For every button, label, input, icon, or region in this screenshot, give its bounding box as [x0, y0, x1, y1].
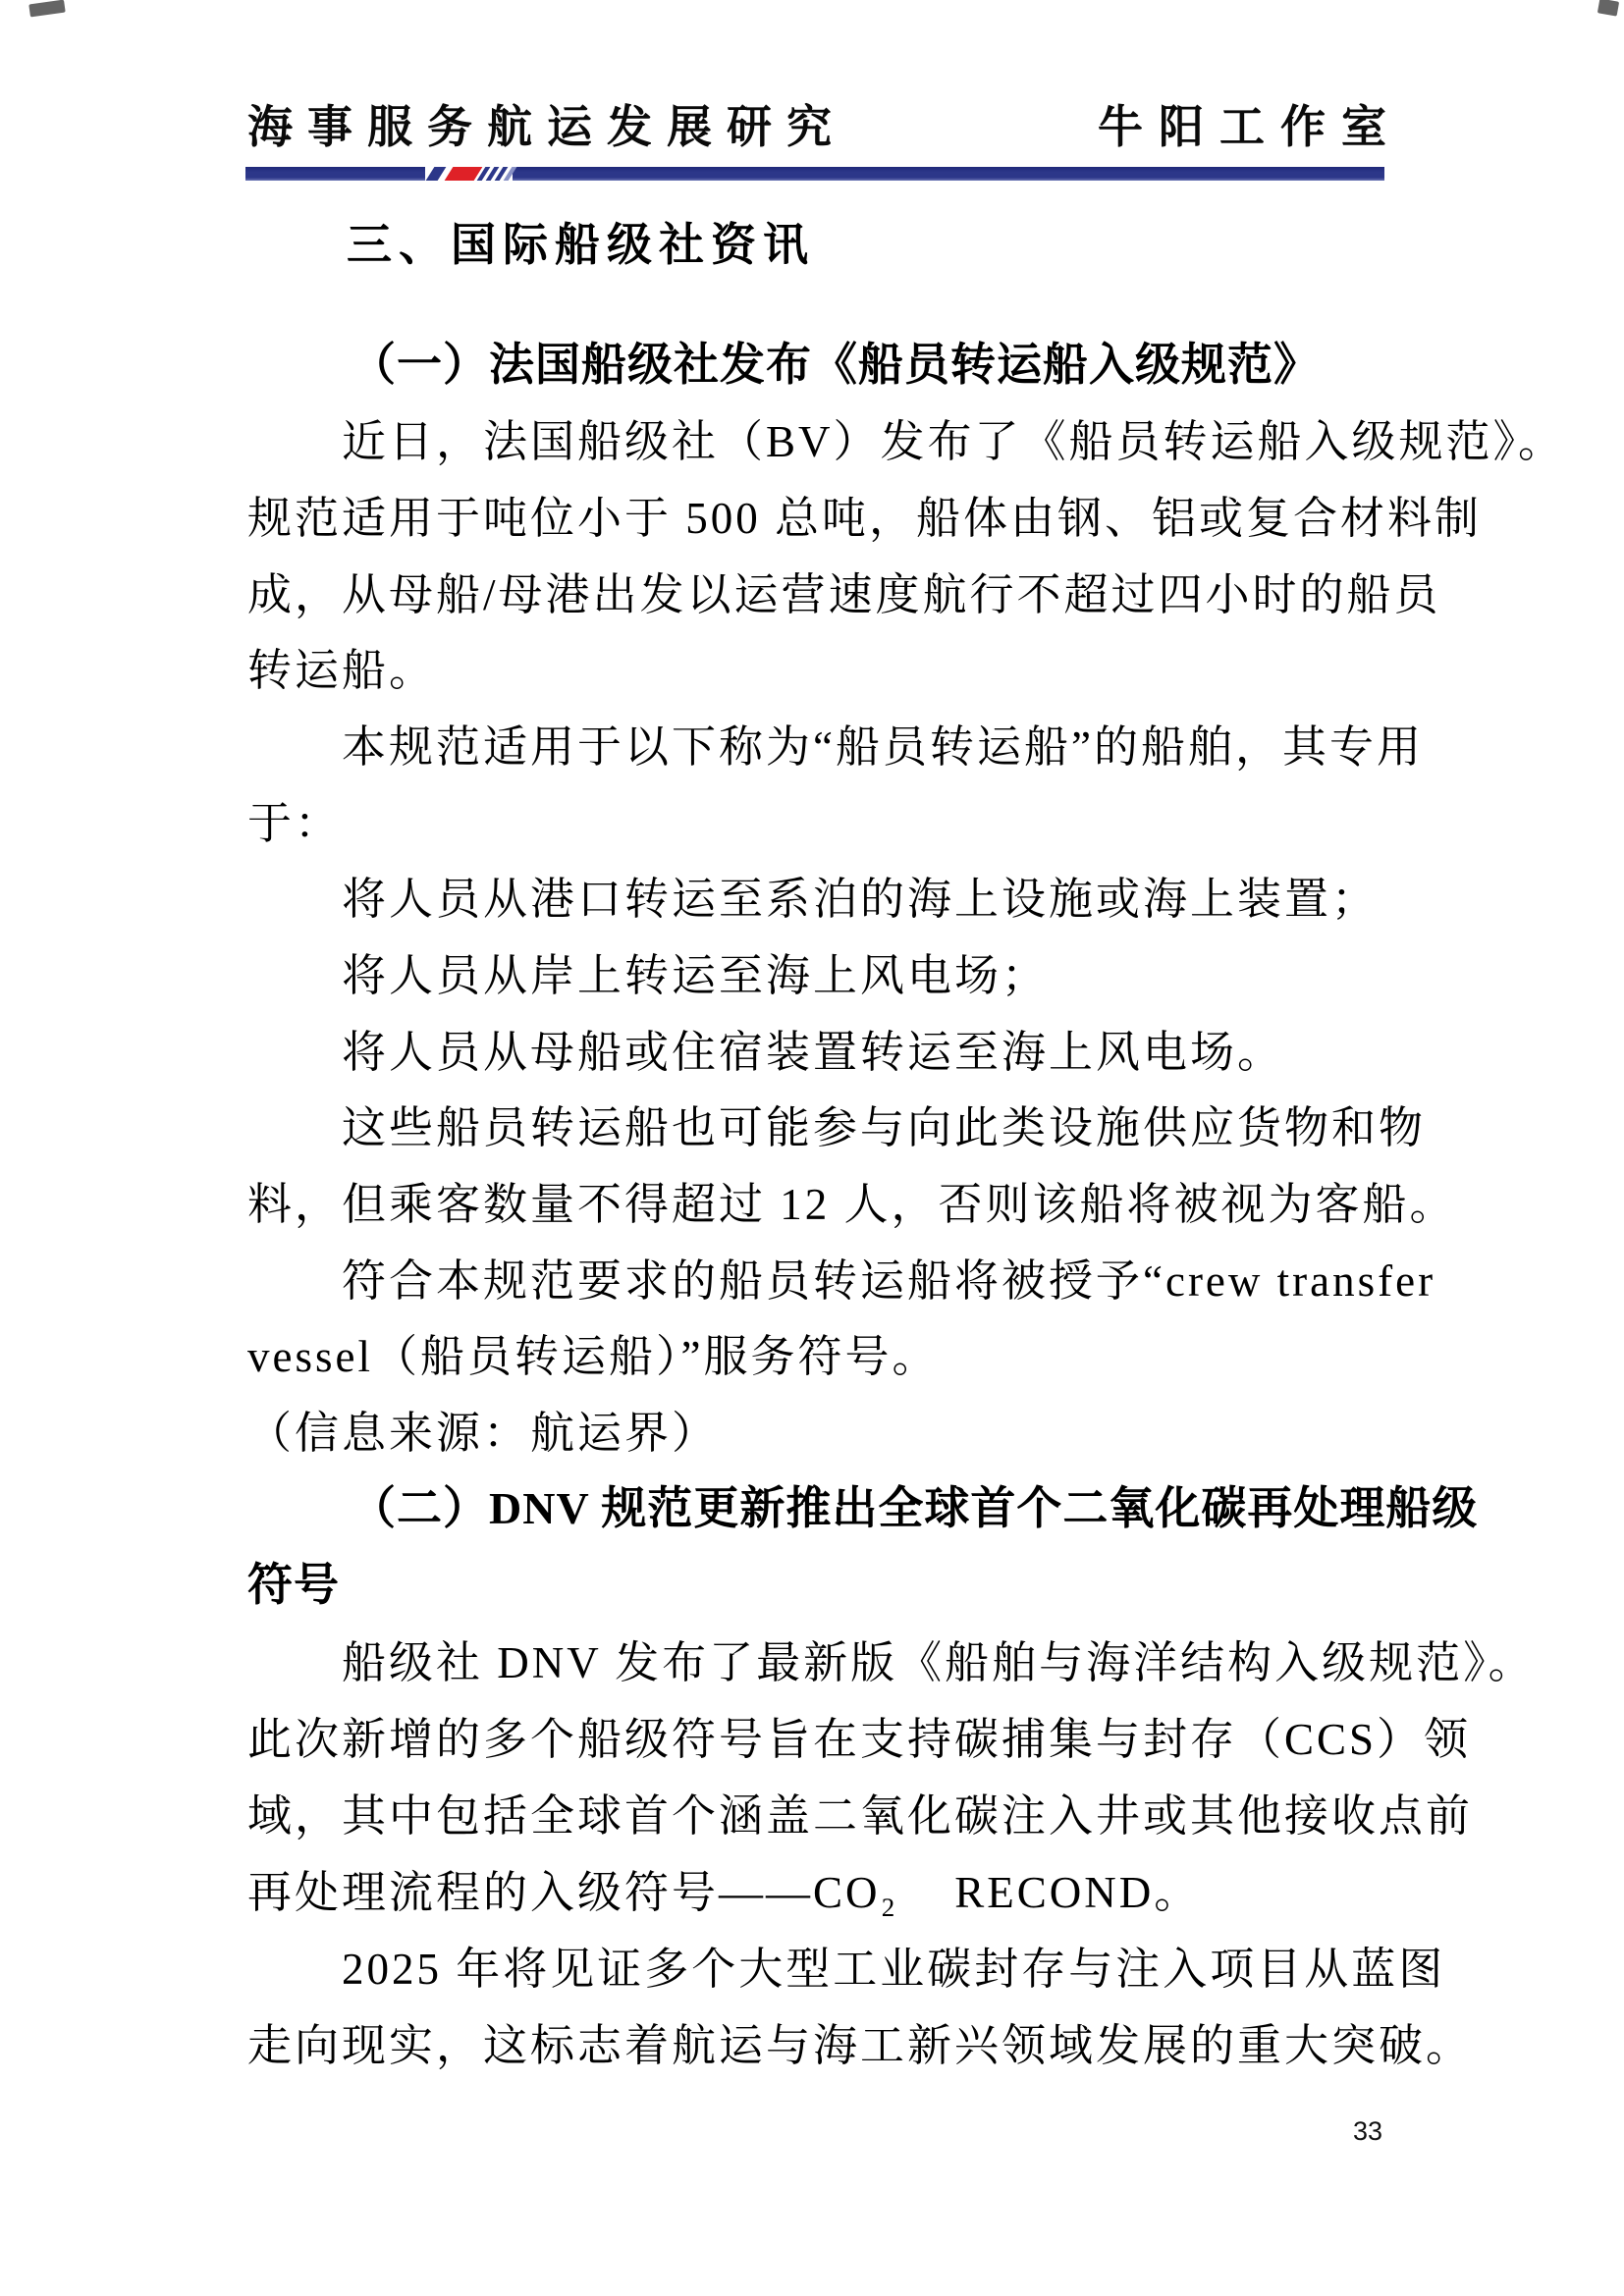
scan-artifact [28, 0, 65, 17]
rule-segment-right [513, 167, 1384, 181]
body-line: 域，其中包括全球首个涵盖二氧化碳注入井或其他接收点前 [247, 1790, 1473, 1842]
rule-segment-left [245, 167, 425, 181]
source-note: （信息来源：航运界） [247, 1408, 719, 1460]
body-line: 于： [247, 798, 342, 850]
subsection-heading-2: （二）DNV 规范更新推出全球首个二氧化碳再处理船级 [247, 1482, 1478, 1535]
scan-artifact [1597, 0, 1619, 17]
section-title: 三、国际船级社资讯 [247, 218, 815, 271]
header-right-title: 牛阳工作室 [1098, 104, 1402, 149]
body-line: 走向现实，这标志着航运与海工新兴领域发展的重大突破。 [247, 2020, 1473, 2072]
body-line: 本规范适用于以下称为“船员转运船”的船舶，其专用 [247, 721, 1424, 774]
body-line: 规范适用于吨位小于 500 总吨，船体由钢、铝或复合材料制 [247, 493, 1482, 545]
rule-decoration [425, 167, 513, 181]
subsection-heading-2-cont: 符号 [247, 1559, 340, 1612]
page-number: 33 [1353, 2116, 1382, 2147]
body-line: 将人员从港口转运至系泊的海上设施或海上装置； [247, 874, 1379, 926]
body-line: 将人员从岸上转运至海上风电场； [247, 950, 1049, 1002]
body-line: vessel（船员转运船）”服务符号。 [247, 1331, 939, 1383]
body-line: 这些船员转运船也可能参与向此类设施供应货物和物 [247, 1102, 1426, 1154]
subsection-heading-1: （一）法国船级社发布《船员转运船入级规范》 [247, 339, 1320, 392]
body-line: 料，但乘客数量不得超过 12 人，否则该船将被视为客船。 [247, 1179, 1457, 1231]
body-line: 此次新增的多个船级符号旨在支持碳捕集与封存（CCS）领 [247, 1714, 1471, 1766]
decor-stripe-navy [426, 167, 447, 181]
body-line: 再处理流程的入级符号——CO₂ RECOND。 [247, 1867, 1201, 1919]
body-line: 船级社 DNV 发布了最新版《船舶与海洋结构入级规范》。 [247, 1637, 1536, 1689]
decor-stripe-red [444, 167, 481, 181]
body-line: 将人员从母船或住宿装置转运至海上风电场。 [247, 1027, 1284, 1079]
header-left-title: 海事服务航运发展研究 [247, 104, 846, 149]
body-line: 转运船。 [247, 645, 436, 697]
body-line: 符合本规范要求的船员转运船将被授予“crew transfer [247, 1255, 1435, 1308]
body-line: 成，从母船/母港出发以运营速度航行不超过四小时的船员 [247, 569, 1441, 621]
body-line: 2025 年将见证多个大型工业碳封存与注入项目从蓝图 [247, 1944, 1445, 1996]
document-page: 海事服务航运发展研究 牛阳工作室 三、国际船级社资讯 （一）法国船级社发布《船员… [0, 0, 1624, 2296]
header-rule [245, 167, 1384, 181]
body-line: 近日，法国船级社（BV）发布了《船员转运船入级规范》。 [247, 416, 1565, 468]
